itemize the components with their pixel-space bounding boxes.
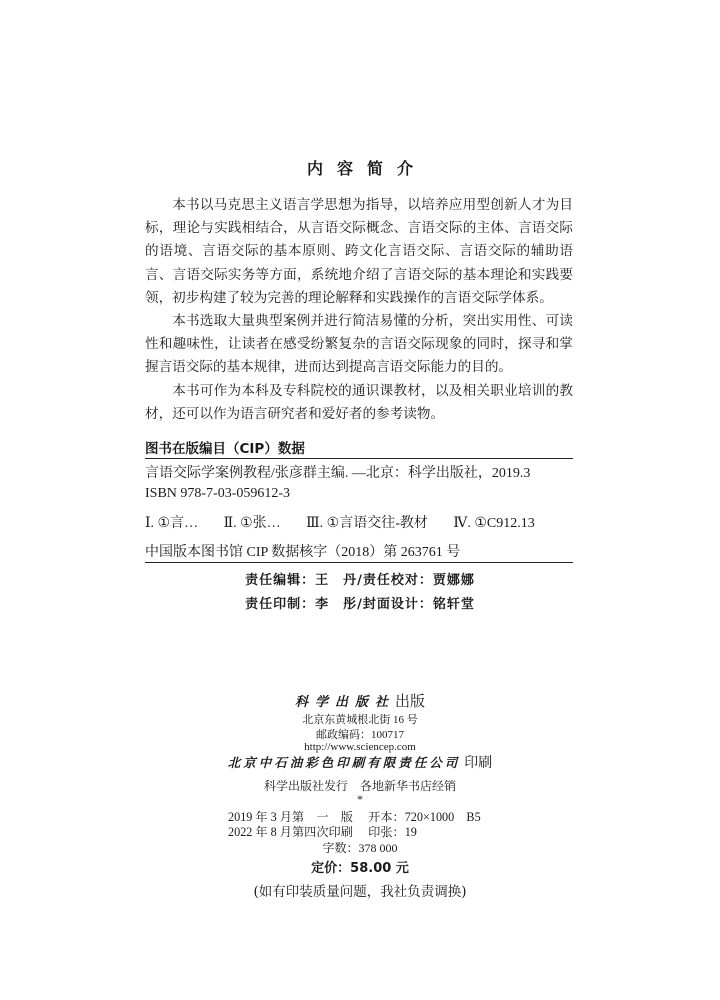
cip-header: 图书在版编目（CIP）数据	[145, 437, 305, 457]
publisher-action: 出版	[395, 694, 425, 710]
cip-class-2: Ⅱ. ①张…	[224, 516, 281, 531]
publisher-postcode: 邮政编码：100717	[0, 726, 720, 742]
summary-body: 本书以马克思主义语言学思想为指导，以培养应用型创新人才为目标，理论与实践相结合，…	[145, 194, 573, 426]
cip-library-number: 中国版本图书馆 CIP 数据核字（2018）第 263761 号	[145, 541, 573, 561]
publisher-line: 科学出版社出版	[0, 690, 720, 711]
word-count: 字数：378 000	[0, 839, 720, 856]
printer-line: 北京中石油彩色印刷有限责任公司印刷	[0, 752, 720, 772]
quality-notice: (如有印装质量问题，我社负责调换)	[0, 880, 720, 900]
printer-action: 印刷	[464, 756, 492, 771]
edition-line-2: 2022 年 8 月第四次印刷 印张：19	[228, 823, 417, 840]
printer-name: 北京中石油彩色印刷有限责任公司	[228, 755, 461, 770]
cip-bottom-rule	[145, 562, 573, 563]
separator-asterisk: *	[0, 792, 720, 807]
cip-class-4: Ⅳ. ①C912.13	[453, 516, 534, 531]
price: 定价：58.00 元	[0, 857, 720, 876]
cip-title-line: 言语交际学案例教程/张彦群主编. —北京：科学出版社，2019.3	[145, 462, 573, 482]
publisher-address: 北京东黄城根北街 16 号	[0, 711, 720, 727]
cip-isbn: ISBN 978-7-03-059612-3	[145, 486, 573, 502]
summary-title: 内容简介	[0, 156, 720, 179]
cip-top-rule	[145, 458, 573, 459]
summary-paragraph-1: 本书以马克思主义语言学思想为指导，以培养应用型创新人才为目标，理论与实践相结合，…	[145, 194, 573, 310]
cip-classification: Ⅰ. ①言… Ⅱ. ①张… Ⅲ. ①言语交往-教材 Ⅳ. ①C912.13	[145, 512, 573, 532]
summary-paragraph-3: 本书可作为本科及专科院校的通识课教材，以及相关职业培训的教材，还可以作为语言研究…	[145, 380, 573, 426]
publisher-name: 科学出版社	[295, 695, 395, 710]
cip-class-1: Ⅰ. ①言…	[145, 516, 198, 531]
credits-editors: 责任编辑：王 丹/责任校对：贾娜娜	[0, 569, 720, 588]
credits-production: 责任印制：李 彤/封面设计：铭轩堂	[0, 593, 720, 612]
cip-class-3: Ⅲ. ①言语交往-教材	[306, 516, 428, 531]
summary-paragraph-2: 本书选取大量典型案例并进行简洁易懂的分析，突出实用性、可读性和趣味性，让读者在感…	[145, 310, 573, 380]
